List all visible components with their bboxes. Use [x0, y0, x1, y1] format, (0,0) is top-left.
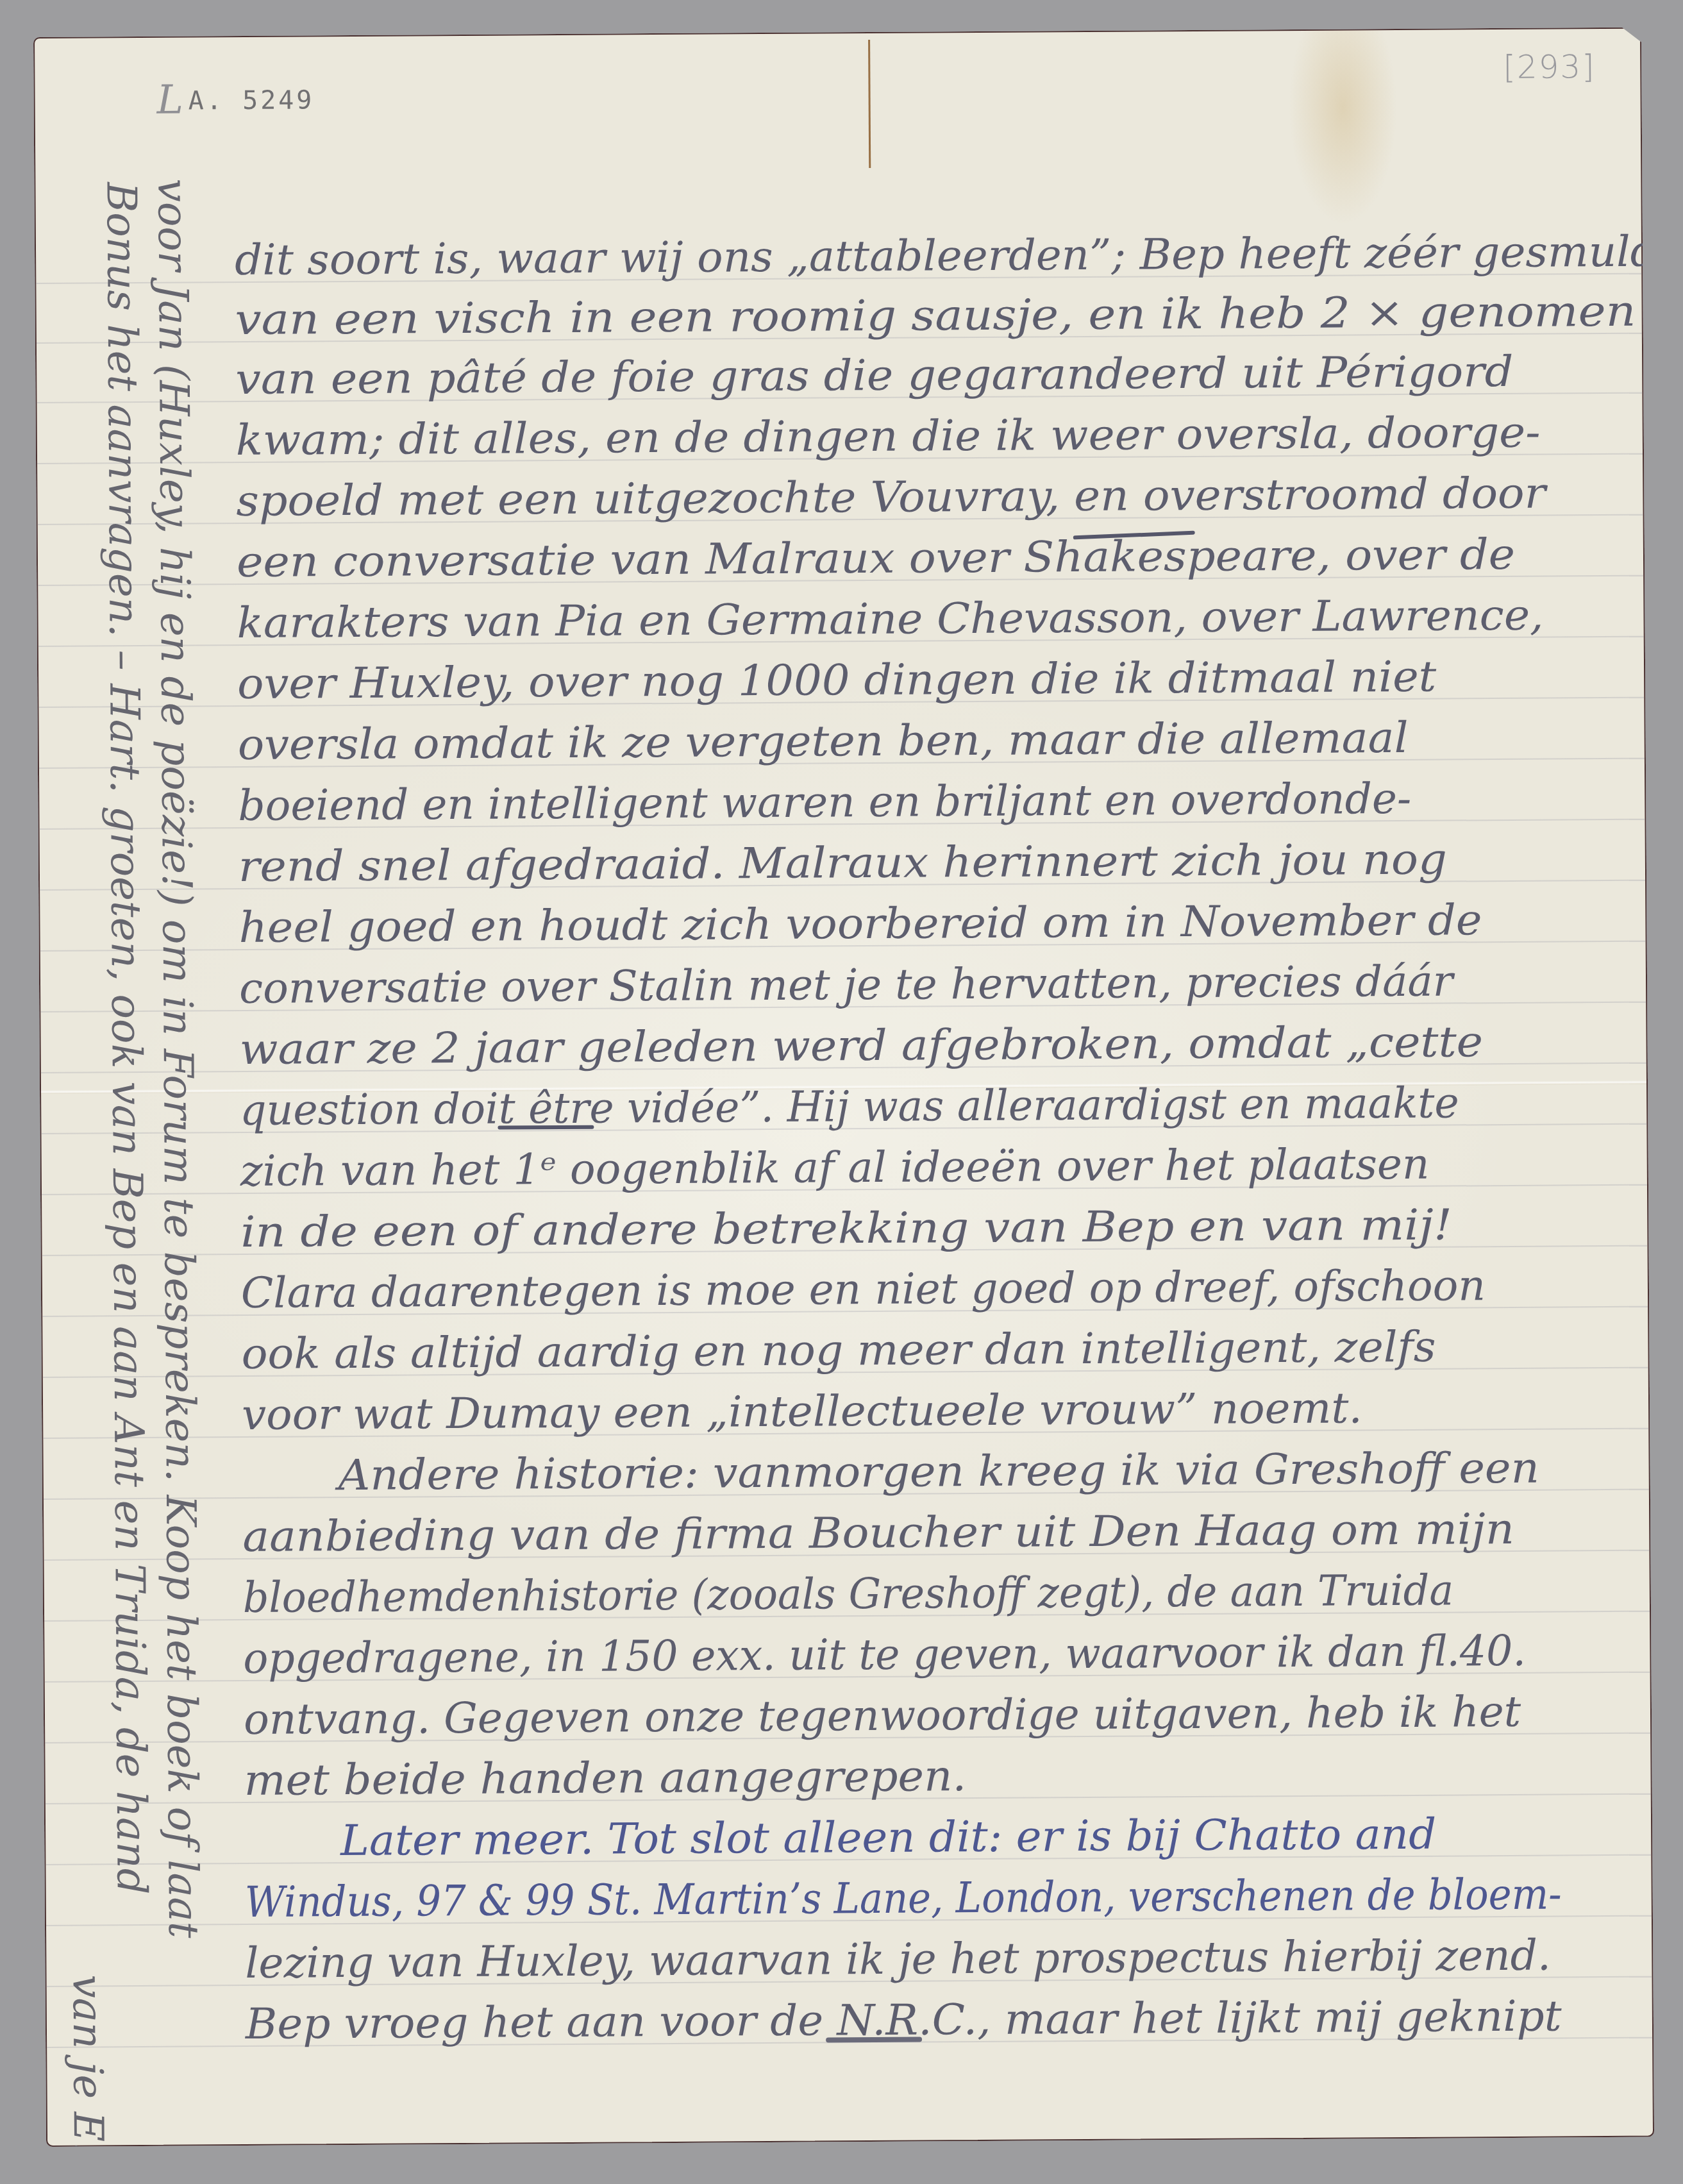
letter-line: Andere historie: vanmorgen kreeg ik via … [339, 1447, 1539, 1497]
letter-line: kwam; dit alles, en de dingen die ik wee… [236, 412, 1541, 462]
letter-line: Clara daarentegen is moe en niet goed op… [241, 1264, 1486, 1315]
letter-line: dit soort is, waar wij ons „attableerden… [235, 231, 1658, 282]
letter-page: LA. 5249 [293] dit soort is, waar wij on… [33, 28, 1654, 2147]
letter-line: voor wat Dumay een „intellectueele vrouw… [242, 1387, 1362, 1436]
letter-line: zich van het 1ᵉ oogenblik af al ideeën o… [240, 1143, 1430, 1193]
underline-videe [498, 1125, 594, 1130]
letter-line: Later meer. Tot slot alleen dit: er is b… [340, 1813, 1436, 1862]
letter-line: over Huxley, over nog 1000 dingen die ik… [237, 656, 1436, 705]
fold-mark [868, 40, 871, 168]
letter-line: heel goed en houdt zich voorbereid om in… [239, 899, 1482, 949]
letter-line: van een visch in een roomig sausje, en i… [235, 290, 1636, 341]
archive-prefix: A. [188, 86, 224, 115]
letter-line: ontvang. Gegeven onze tegenwoordige uitg… [244, 1691, 1521, 1741]
letter-line: aanbieding van de firma Boucher uit Den … [242, 1508, 1514, 1558]
letter-line: Windus, 97 & 99 St. Martin’s Lane, Londo… [245, 1873, 1562, 1924]
letter-line: opgedragene, in 150 exx. uit te geven, w… [243, 1630, 1526, 1680]
underline-nrc [826, 2037, 922, 2043]
letter-line: met beide handen aangegrepen. [244, 1755, 966, 1802]
letter-line: lezing van Huxley, waarvan ik je het pro… [245, 1935, 1551, 1985]
letter-line: oversla omdat ik ze vergeten ben, maar d… [238, 717, 1409, 766]
margin-note-line: Bonus het aanvragen. – Hart. groeten, oo… [100, 182, 151, 1895]
letter-line: bloedhemdenhistorie (zooals Greshoff zeg… [243, 1570, 1454, 1620]
archive-number: 5249 [242, 85, 315, 115]
letter-line: spoeld met een uitgezochte Vouvray, en o… [236, 473, 1546, 523]
letter-line: question doit être vidée”. Hij was aller… [240, 1082, 1459, 1132]
archive-stamp: LA. 5249 [156, 75, 314, 122]
letter-line: karakters van Pia en Germaine Chevasson,… [237, 594, 1543, 644]
margin-note-line: van je E. [66, 1974, 108, 2155]
letter-line: van een pâté de foie gras die gegarandee… [235, 351, 1514, 401]
letter-line: boeiend en intelligent waren en briljant… [238, 778, 1411, 827]
letter-line: een conversatie van Malraux over Shakesp… [237, 533, 1515, 584]
letter-line: conversatie over Stalin met je te hervat… [239, 961, 1453, 1011]
page-number: [293] [1503, 48, 1596, 86]
letter-line: ook als altijd aardig en nog meer dan in… [241, 1326, 1436, 1375]
letter-line-text: spoeld met een uitgezochte Vouvray, en o… [236, 469, 1546, 526]
letter-line: in de een of andere betrekking van Bep e… [240, 1204, 1452, 1254]
margin-note-line: voor Jan (Huxley, hij en de poëzie!) om … [151, 178, 203, 1938]
archive-logo-icon: L [156, 76, 186, 123]
letter-line: rend snel afgedraaid. Malraux herinnert … [239, 839, 1447, 889]
letter-line: waar ze 2 jaar geleden werd afgebroken, … [239, 1021, 1483, 1071]
